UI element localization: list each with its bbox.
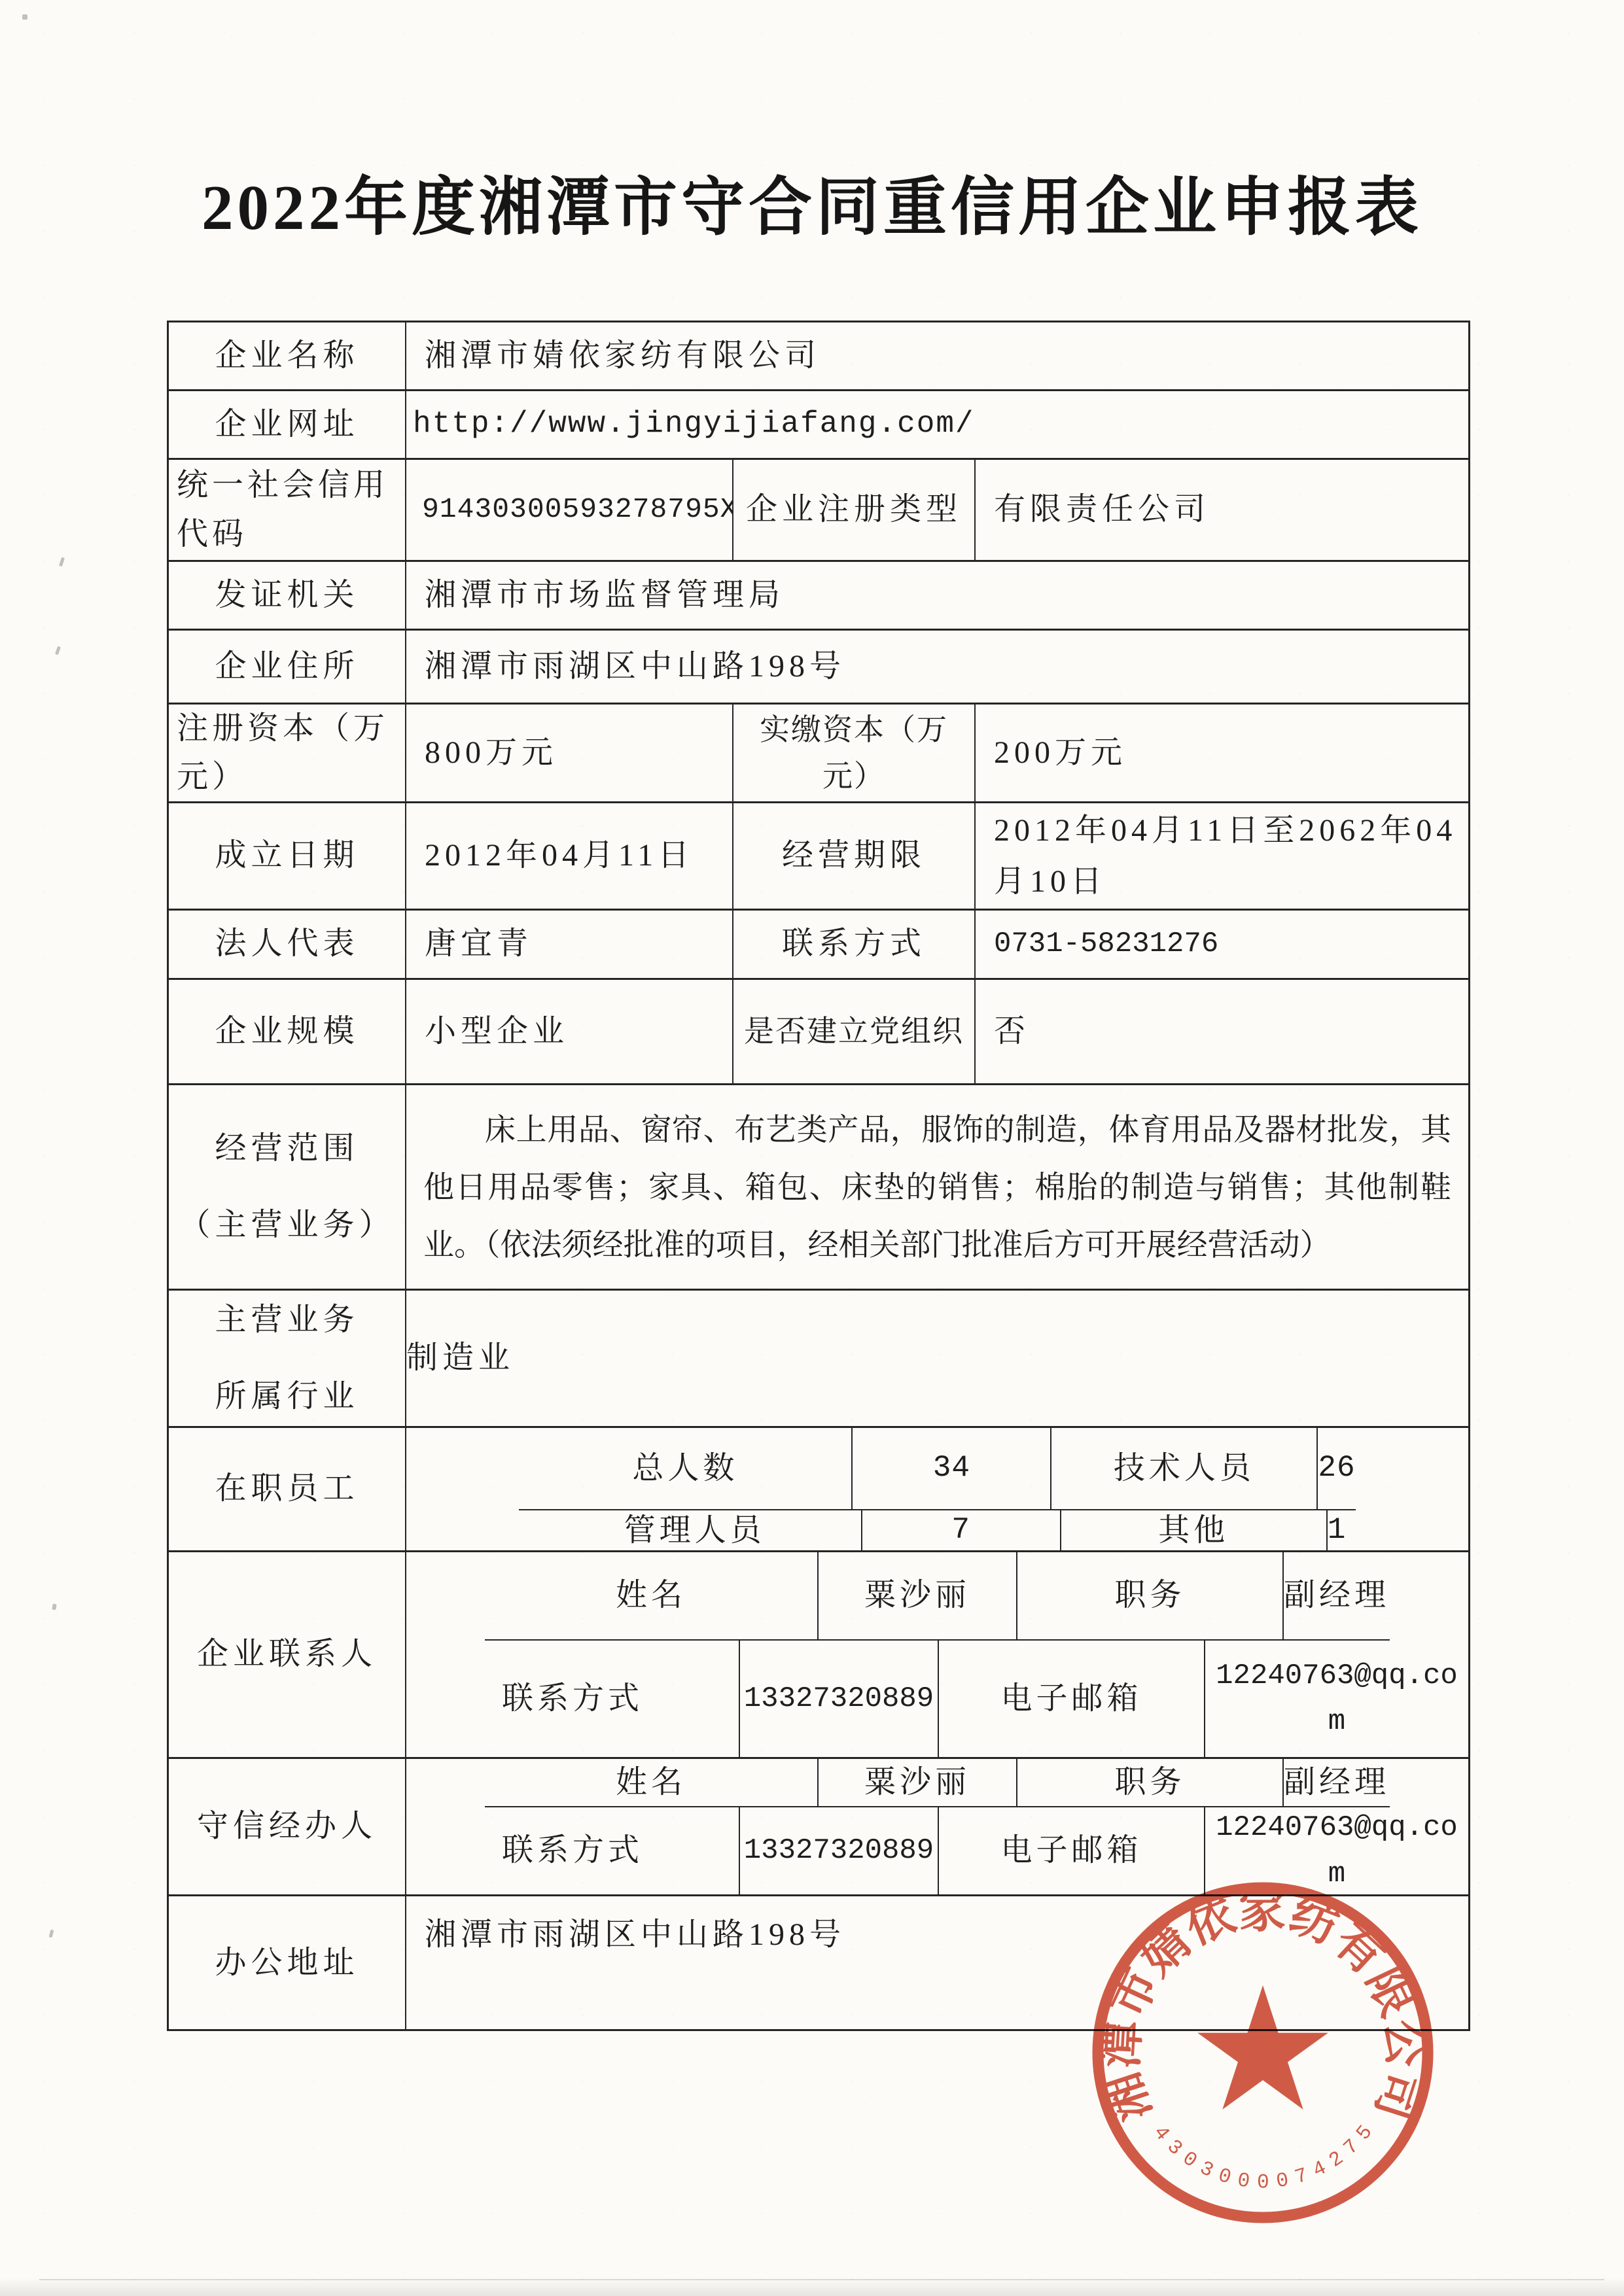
operating-period-value: 2012年04月11日至2062年04月10日 [976,803,1468,909]
contact-name-label: 姓名 [485,1552,819,1639]
trust-handler-label: 守信经办人 [169,1759,406,1894]
management-staff-label: 管理人员 [529,1510,862,1550]
other-staff-value: 1 [1328,1510,1347,1550]
paidin-capital-value: 200万元 [976,704,1468,801]
contact-phone-value: 13327320889 [740,1641,939,1757]
business-scope-label-line2: （主营业务） [179,1201,395,1249]
seal-serial-number: 4303000074275 [1148,2121,1378,2194]
row-employees: 在职员工 总人数 34 技术人员 26 管理人员 7 其他 1 [169,1428,1468,1552]
row-business-scope: 经营范围 （主营业务） 床上用品、窗帘、布艺类产品，服饰的制造，体育用品及器材批… [169,1085,1468,1291]
total-staff-label: 总人数 [519,1428,853,1509]
handler-title-value: 副经理 [1284,1759,1390,1806]
contact-subrow-2: 联系方式 13327320889 电子邮箱 12240763@qq.com [406,1641,1468,1757]
contact-title-label: 职务 [1017,1552,1284,1639]
handler-name-label: 姓名 [485,1759,819,1806]
business-scope-label: 经营范围 （主营业务） [169,1085,406,1289]
employees-label: 在职员工 [169,1428,406,1550]
handler-phone-label: 联系方式 [406,1807,740,1894]
handler-name-value: 粟沙丽 [819,1759,1017,1806]
address-label: 企业住所 [169,631,406,703]
handler-title-label: 职务 [1017,1759,1284,1806]
management-staff-value: 7 [862,1510,1061,1550]
company-name-label: 企业名称 [169,322,406,389]
registered-capital-value: 800万元 [406,704,733,801]
scan-speck [22,14,27,20]
other-staff-label: 其他 [1061,1510,1328,1550]
scan-edge-shadow [0,2278,1624,2296]
contact-email-value: 12240763@qq.com [1205,1653,1468,1745]
seal-star-icon [1197,1985,1328,2110]
company-scale-label: 企业规模 [169,980,406,1083]
founding-date-value: 2012年04月11日 [406,803,733,909]
row-address: 企业住所 湘潭市雨湖区中山路198号 [169,631,1468,704]
credit-code-value: 91430300593278795X [406,460,733,560]
page-title: 2022年度湘潭市守合同重信用企业申报表 [0,156,1624,247]
industry-value: 制造业 [406,1291,514,1426]
website-value: http://www.jingyijiafang.com/ [406,391,984,458]
row-registered-capital: 注册资本（万元） 800万元 实缴资本（万元） 200万元 [169,704,1468,803]
company-contact-label: 企业联系人 [169,1552,406,1757]
contact-subrow-1: 姓名 粟沙丽 职务 副经理 [485,1552,1390,1641]
scanned-document-page: 2022年度湘潭市守合同重信用企业申报表 企业名称 湘潭市婧依家纺有限公司 企业… [0,0,1624,2296]
party-org-value: 否 [976,980,1468,1083]
row-company-name: 企业名称 湘潭市婧依家纺有限公司 [169,322,1468,391]
contact-title-value: 副经理 [1284,1552,1390,1639]
industry-label-line1: 主营业务 [215,1296,359,1344]
legal-representative-value: 唐宜青 [406,911,733,978]
scan-speck [49,1930,54,1938]
contact-method-label: 联系方式 [733,911,976,978]
row-company-scale: 企业规模 小型企业 是否建立党组织 否 [169,980,1468,1085]
row-founding-date: 成立日期 2012年04月11日 经营期限 2012年04月11日至2062年0… [169,803,1468,911]
contact-phone-label: 联系方式 [406,1641,740,1757]
paidin-capital-label: 实缴资本（万元） [733,704,976,801]
row-company-contact: 企业联系人 姓名 粟沙丽 职务 副经理 联系方式 13327320889 电子邮… [169,1552,1468,1759]
row-issuing-org: 发证机关 湘潭市市场监督管理局 [169,562,1468,631]
handler-phone-value: 13327320889 [740,1807,939,1894]
row-legal-representative: 法人代表 唐宜青 联系方式 0731-58231276 [169,911,1468,980]
handler-subrow-1: 姓名 粟沙丽 职务 副经理 [485,1759,1390,1807]
industry-label: 主营业务 所属行业 [169,1291,406,1426]
registration-type-value: 有限责任公司 [976,460,1468,560]
operating-period-label: 经营期限 [733,803,976,909]
address-value: 湘潭市雨湖区中山路198号 [406,631,855,703]
founding-date-label: 成立日期 [169,803,406,909]
application-form-table: 企业名称 湘潭市婧依家纺有限公司 企业网址 http://www.jingyij… [167,321,1470,2031]
row-industry: 主营业务 所属行业 制造业 [169,1291,1468,1428]
registered-capital-label: 注册资本（万元） [169,704,406,801]
scan-speck [52,1604,56,1610]
party-org-label: 是否建立党组织 [733,980,976,1083]
issuing-org-label: 发证机关 [169,562,406,629]
company-seal-stamp: 湘潭市婧依家纺有限公司 4303000074275 [1047,1845,1492,2289]
website-label: 企业网址 [169,391,406,458]
business-scope-value-cell: 床上用品、窗帘、布艺类产品，服饰的制造，体育用品及器材批发，其他日用品零售；家具… [406,1085,1468,1289]
contact-email-label: 电子邮箱 [939,1641,1205,1757]
scan-speck [55,646,61,655]
legal-representative-label: 法人代表 [169,911,406,978]
total-staff-value: 34 [853,1428,1051,1509]
business-scope-label-line1: 经营范围 [215,1124,359,1173]
svg-text:4303000074275: 4303000074275 [1148,2121,1378,2194]
business-scope-value: 床上用品、窗帘、布艺类产品，服饰的制造，体育用品及器材批发，其他日用品零售；家具… [423,1102,1451,1275]
office-address-value: 湘潭市雨湖区中山路198号 [406,1896,855,2030]
credit-code-label: 统一社会信用代码 [169,460,406,560]
row-website: 企业网址 http://www.jingyijiafang.com/ [169,391,1468,460]
contact-method-value: 0731-58231276 [976,911,1468,978]
company-scale-value: 小型企业 [406,980,733,1083]
company-name-value: 湘潭市婧依家纺有限公司 [406,322,830,389]
contact-name-value: 粟沙丽 [819,1552,1017,1639]
technical-staff-value: 26 [1318,1428,1355,1509]
employees-subrow-2: 管理人员 7 其他 1 [529,1510,1347,1550]
scan-speck [59,557,65,567]
office-address-label: 办公地址 [169,1896,406,2030]
industry-label-line2: 所属行业 [215,1372,359,1421]
registration-type-label: 企业注册类型 [733,460,976,560]
employees-subtable: 总人数 34 技术人员 26 管理人员 7 其他 1 [406,1428,1468,1550]
employees-subrow-1: 总人数 34 技术人员 26 [519,1428,1355,1510]
technical-staff-label: 技术人员 [1051,1428,1318,1509]
issuing-org-value: 湘潭市市场监督管理局 [406,562,794,629]
row-credit-code: 统一社会信用代码 91430300593278795X 企业注册类型 有限责任公… [169,460,1468,562]
company-contact-subtable: 姓名 粟沙丽 职务 副经理 联系方式 13327320889 电子邮箱 1224… [406,1552,1468,1757]
